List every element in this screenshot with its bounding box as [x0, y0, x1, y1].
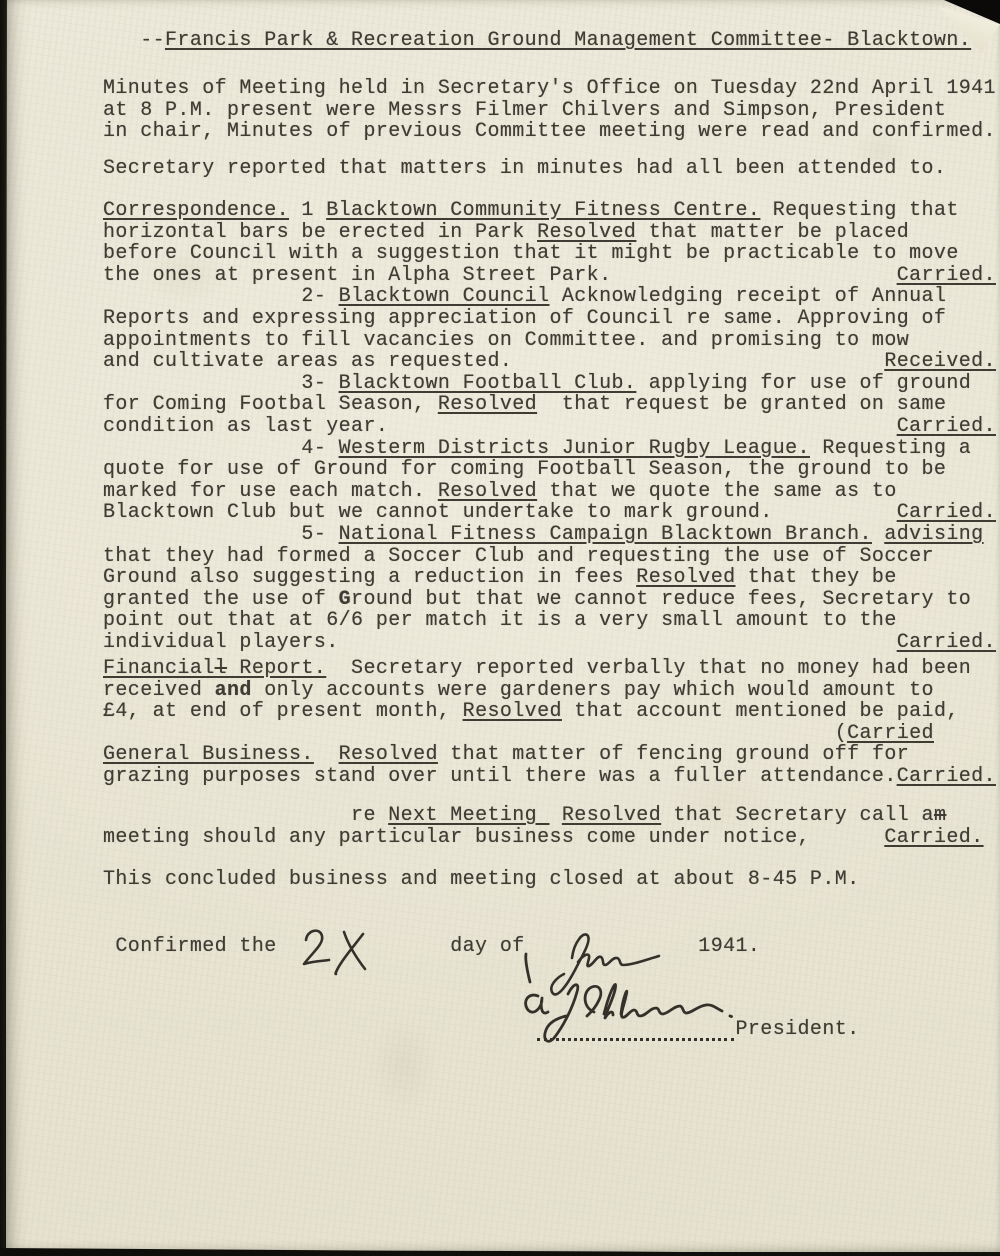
- text-line: 5- National Fitness Campaign Blacktown B…: [103, 524, 996, 546]
- text-segment: 1: [289, 199, 326, 222]
- text-segment: [773, 501, 897, 524]
- scan-background: { "page": { "background_color": "#13110c…: [0, 0, 1000, 1256]
- text-line: Financiall Report. Secretary reported ve…: [103, 658, 996, 680]
- text-segment: Carried.: [897, 501, 996, 524]
- text-line: for Coming Footbal Season, Resolved that…: [103, 394, 996, 416]
- paragraph-concluded: This concluded business and meeting clos…: [103, 869, 860, 891]
- text-segment: m: [934, 804, 946, 827]
- text-segment: Carried.: [897, 415, 996, 438]
- text-segment: individual players.: [103, 631, 339, 654]
- text-segment: the ones at present in Alpha Street Park…: [103, 264, 611, 287]
- text-segment: meeting should any particular business c…: [103, 826, 810, 849]
- text-segment: Resolved: [339, 743, 438, 766]
- text-segment: [512, 350, 884, 373]
- text-line: 3- Blacktown Football Club. applying for…: [103, 373, 996, 395]
- text-segment: £4, at end of present month,: [103, 700, 463, 723]
- text-segment: and: [215, 679, 252, 702]
- text-segment: Report.: [227, 657, 326, 680]
- text-segment: G: [339, 588, 351, 611]
- text-line: Correspondence. 1 Blacktown Community Fi…: [103, 200, 996, 222]
- text-line: 4- Westerm Districts Junior Rugby League…: [103, 438, 996, 460]
- text-segment: Requesting a: [810, 437, 971, 460]
- text-segment: 4-: [103, 437, 339, 460]
- text-line: horizontal bars be erected in Park Resol…: [103, 222, 996, 244]
- handwritten-day: [292, 924, 376, 976]
- text-segment: [810, 826, 884, 849]
- text-segment: applying for use of ground: [636, 372, 971, 395]
- text-line: quote for use of Ground for coming Footb…: [103, 459, 996, 481]
- text-line: This concluded business and meeting clos…: [103, 869, 860, 891]
- text-line: grazing purposes stand over until there …: [103, 766, 996, 788]
- text-segment: marked for use each match.: [103, 480, 438, 503]
- text-line: £4, at end of present month, Resolved th…: [103, 701, 996, 723]
- text-segment: 3-: [103, 372, 339, 395]
- text-segment: Westerm Districts Junior Rugby League.: [339, 437, 810, 460]
- text-segment: --: [103, 29, 165, 52]
- paragraph-financial-general: Financiall Report. Secretary reported ve…: [103, 658, 996, 788]
- text-line: Blacktown Club but we cannot undertake t…: [103, 502, 996, 524]
- text-segment: [872, 523, 884, 546]
- text-line: Minutes of Meeting held in Secretary's O…: [103, 78, 996, 100]
- text-line: meeting should any particular business c…: [103, 827, 984, 849]
- text-segment: [388, 415, 896, 438]
- text-segment: [611, 264, 896, 287]
- text-segment: for Coming Footbal Season,: [103, 393, 438, 416]
- text-segment: Correspondence.: [103, 199, 289, 222]
- text-segment: (: [835, 722, 847, 745]
- text-segment: condition as last year.: [103, 415, 388, 438]
- text-segment: Blacktown Football Club.: [339, 372, 637, 395]
- text-segment: [314, 743, 339, 766]
- text-segment: Resolved: [463, 700, 562, 723]
- text-segment: Carried: [847, 722, 934, 745]
- signature-dotted-line: [537, 1021, 734, 1041]
- text-segment: advising: [884, 523, 983, 546]
- text-segment: and cultivate areas as requested.: [103, 350, 512, 373]
- text-line: granted the use of Ground but that we ca…: [103, 589, 996, 611]
- text-segment: that matter of fencing ground off for: [438, 743, 909, 766]
- text-segment: Resolved: [537, 221, 636, 244]
- text-segment: that Secretary call a: [661, 804, 934, 827]
- text-segment: re: [103, 804, 388, 827]
- text-segment: that request be granted on same: [537, 393, 946, 416]
- text-segment: appointments to fill vacancies on Commit…: [103, 329, 909, 352]
- text-segment: grazing purposes stand over until there …: [103, 765, 897, 788]
- paper-sheet: --Francis Park & Recreation Ground Manag…: [6, 0, 1000, 1252]
- text-line: the ones at present in Alpha Street Park…: [103, 265, 996, 287]
- text-line: Reports and expressing appreciation of C…: [103, 308, 996, 330]
- paragraph-correspondence: Correspondence. 1 Blacktown Community Fi…: [103, 200, 996, 653]
- text-line: marked for use each match. Resolved that…: [103, 481, 996, 503]
- text-line: that they had formed a Soccer Club and r…: [103, 546, 996, 568]
- text-segment: Resolved: [562, 804, 661, 827]
- text-segment: at 8 P.M. present were Messrs Filmer Chi…: [103, 99, 946, 122]
- text-segment: quote for use of Ground for coming Footb…: [103, 458, 946, 481]
- text-line: Secretary reported that matters in minut…: [103, 158, 946, 180]
- text-segment: Secretary reported that matters in minut…: [103, 157, 946, 180]
- paragraph-title: --Francis Park & Recreation Ground Manag…: [103, 30, 971, 52]
- text-segment: Carried.: [884, 826, 983, 849]
- text-segment: [549, 804, 561, 827]
- text-segment: Blacktown Club but we cannot undertake t…: [103, 501, 773, 524]
- text-segment: that they had formed a Soccer Club and r…: [103, 545, 934, 568]
- text-segment: Reports and expressing appreciation of C…: [103, 307, 946, 330]
- text-segment: that they be: [736, 566, 897, 589]
- text-segment: Francis Park & Recreation Ground Managem…: [165, 29, 971, 52]
- text-segment: that matter be placed: [636, 221, 909, 244]
- text-segment: Resolved: [438, 393, 537, 416]
- text-line: --Francis Park & Recreation Ground Manag…: [103, 30, 971, 52]
- text-segment: in chair, Minutes of previous Committee …: [103, 120, 996, 143]
- text-segment: Resolved: [438, 480, 537, 503]
- text-segment: Requesting that: [760, 199, 958, 222]
- paragraph-matters-attended: Secretary reported that matters in minut…: [103, 158, 946, 180]
- text-line: General Business. Resolved that matter o…: [103, 744, 996, 766]
- text-line: in chair, Minutes of previous Committee …: [103, 121, 996, 143]
- text-segment: Secretary reported verbally that no mone…: [326, 657, 971, 680]
- text-line: received and only accounts were gardener…: [103, 680, 996, 702]
- text-segment: Carried.: [897, 765, 996, 788]
- text-segment: that account mentioned be paid,: [562, 700, 959, 723]
- text-segment: [339, 631, 897, 654]
- text-segment: before Council with a suggestion that it…: [103, 242, 959, 265]
- text-segment: Ground also suggesting a reduction in fe…: [103, 566, 636, 589]
- text-segment: Next Meeting: [388, 804, 549, 827]
- text-line: 2- Blacktown Council Acknowledging recei…: [103, 286, 996, 308]
- text-segment: 5-: [103, 523, 339, 546]
- text-segment: point out that at 6/6 per match it is a …: [103, 609, 897, 632]
- text-line: re Next Meeting Resolved that Secretary …: [103, 805, 984, 827]
- text-segment: [103, 722, 835, 745]
- text-line: condition as last year. Carried.: [103, 416, 996, 438]
- text-segment: that we quote the same as to: [537, 480, 897, 503]
- paragraph-intro: Minutes of Meeting held in Secretary's O…: [103, 78, 996, 143]
- text-segment: Blacktown Community Fitness Centre.: [326, 199, 760, 222]
- text-segment: National Fitness Campaign Blacktown Bran…: [339, 523, 872, 546]
- text-line: appointments to fill vacancies on Commit…: [103, 330, 996, 352]
- text-segment: Carried.: [897, 264, 996, 287]
- text-segment: Acknowledging receipt of Annual: [549, 285, 946, 308]
- text-segment: Received.: [884, 350, 996, 373]
- text-segment: Blacktown Council: [339, 285, 550, 308]
- text-line: individual players. Carried.: [103, 632, 996, 654]
- text-segment: l: [215, 657, 227, 680]
- text-segment: Financial: [103, 657, 215, 680]
- text-segment: horizontal bars be erected in Park: [103, 221, 537, 244]
- text-line: and cultivate areas as requested. Receiv…: [103, 351, 996, 373]
- text-segment: Carried.: [897, 631, 996, 654]
- text-line: before Council with a suggestion that it…: [103, 243, 996, 265]
- text-segment: Resolved: [636, 566, 735, 589]
- paragraph-next-meeting: re Next Meeting Resolved that Secretary …: [103, 805, 984, 848]
- text-segment: Minutes of Meeting held in Secretary's O…: [103, 77, 996, 100]
- text-segment: This concluded business and meeting clos…: [103, 868, 860, 891]
- text-segment: received: [103, 679, 215, 702]
- text-line: Ground also suggesting a reduction in fe…: [103, 567, 996, 589]
- text-segment: General Business.: [103, 743, 314, 766]
- text-line: point out that at 6/6 per match it is a …: [103, 610, 996, 632]
- text-segment: granted the use of: [103, 588, 339, 611]
- text-segment: round but that we cannot reduce fees, Se…: [351, 588, 971, 611]
- text-segment: only accounts were gardeners pay which w…: [252, 679, 934, 702]
- text-segment: 2-: [103, 285, 339, 308]
- text-line: at 8 P.M. present were Messrs Filmer Chi…: [103, 100, 996, 122]
- text-line: (Carried: [103, 723, 996, 745]
